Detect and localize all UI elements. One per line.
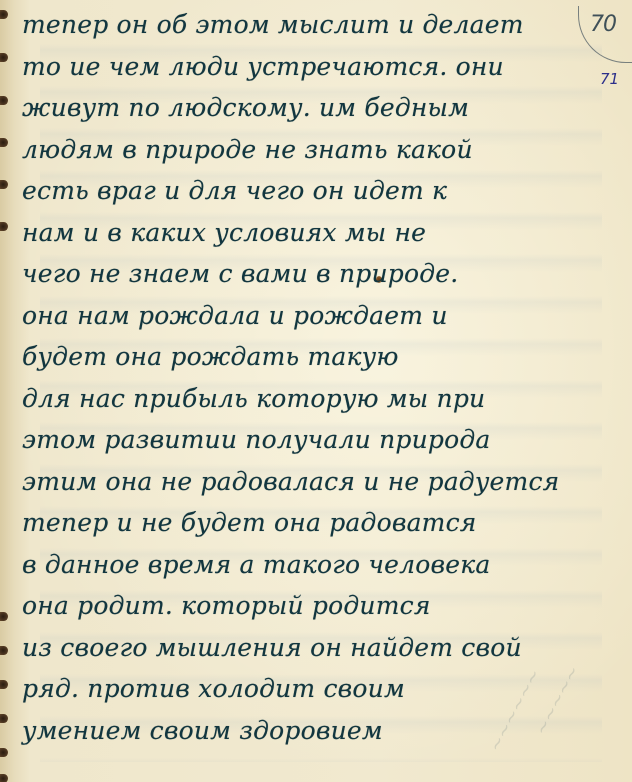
- text-line: нам и в каких условиях мы не: [22, 212, 582, 254]
- text-line: из своего мышления он найдет свой: [22, 627, 582, 669]
- binding-hole-icon: [0, 714, 8, 723]
- binding-hole-icon: [0, 646, 8, 655]
- text-line: ряд. против холодит своим: [22, 668, 582, 710]
- page-number-primary: 70: [590, 12, 616, 37]
- binding-hole-icon: [0, 680, 8, 689]
- text-line: людям в природе не знать какой: [22, 129, 582, 171]
- text-line: тепер он об этом мыслит и делает: [22, 4, 582, 46]
- text-line: есть враг и для чего он идет к: [22, 170, 582, 212]
- text-line: то ие чем люди устречаются. они: [22, 46, 582, 88]
- binding-hole-icon: [0, 53, 8, 62]
- text-line: умением своим здоровием: [22, 710, 582, 752]
- text-line: она родит. который родится: [22, 585, 582, 627]
- text-line: она нам рождала и рождает и: [22, 295, 582, 337]
- text-line: этом развитии получали природа: [22, 419, 582, 461]
- binding-hole-icon: [0, 748, 8, 757]
- text-line: тепер и не будет она радоватся: [22, 502, 582, 544]
- binding-hole-icon: [0, 138, 8, 147]
- binding-hole-icon: [0, 612, 8, 621]
- binding-hole-icon: [0, 10, 8, 19]
- text-line: живут по людскому. им бедным: [22, 87, 582, 129]
- binding-hole-icon: [0, 774, 8, 782]
- binding-hole-icon: [0, 96, 8, 105]
- text-line: чего не знаем с вами в природе.: [22, 253, 582, 295]
- page-number-secondary: 71: [600, 70, 619, 88]
- binding-hole-icon: [0, 180, 8, 189]
- handwritten-text-body: тепер он об этом мыслит и делает то ие ч…: [22, 4, 582, 751]
- text-line: в данное время а такого человека: [22, 544, 582, 586]
- notebook-page: ~~~~~~ ~~~~~ 70 71 тепер он об этом мысл…: [0, 0, 632, 782]
- spiral-binding-holes: [0, 0, 14, 782]
- text-line: будет она рождать такую: [22, 336, 582, 378]
- text-line: этим она не радовалася и не радуется: [22, 461, 582, 503]
- binding-hole-icon: [0, 222, 8, 231]
- text-line: для нас прибыль которую мы при: [22, 378, 582, 420]
